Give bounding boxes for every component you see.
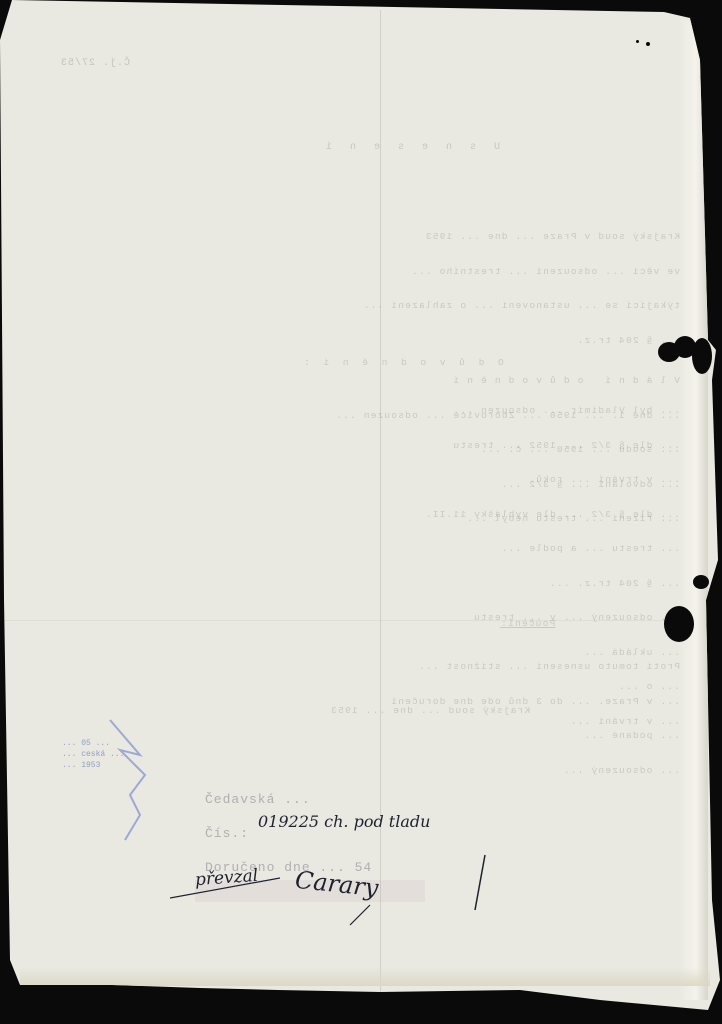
handwritten-number: 019225 ch. pod tladu [258, 812, 430, 831]
curled-right-edge [678, 20, 708, 1000]
punch-hole [664, 606, 694, 642]
closing-line: Krajský soud ... dne ... 1953 [330, 705, 530, 717]
punch-hole [646, 42, 650, 46]
blue-pencil-mark-icon [100, 715, 160, 845]
punch-hole [693, 575, 709, 589]
document-heading: U s n e s e n í [320, 142, 500, 153]
document-page: Č.j. 27/53 U s n e s e n í Krajský soud … [0, 0, 722, 1024]
punch-hole [636, 40, 639, 43]
punch-hole [692, 338, 712, 374]
instruction-heading: Poučení: [500, 618, 555, 630]
section-heading: O d ů v o d n ě n í : [300, 357, 504, 369]
curled-bottom-edge [20, 968, 710, 986]
reference-number: Č.j. 27/53 [60, 58, 130, 69]
signature-strokes-icon [170, 850, 500, 930]
